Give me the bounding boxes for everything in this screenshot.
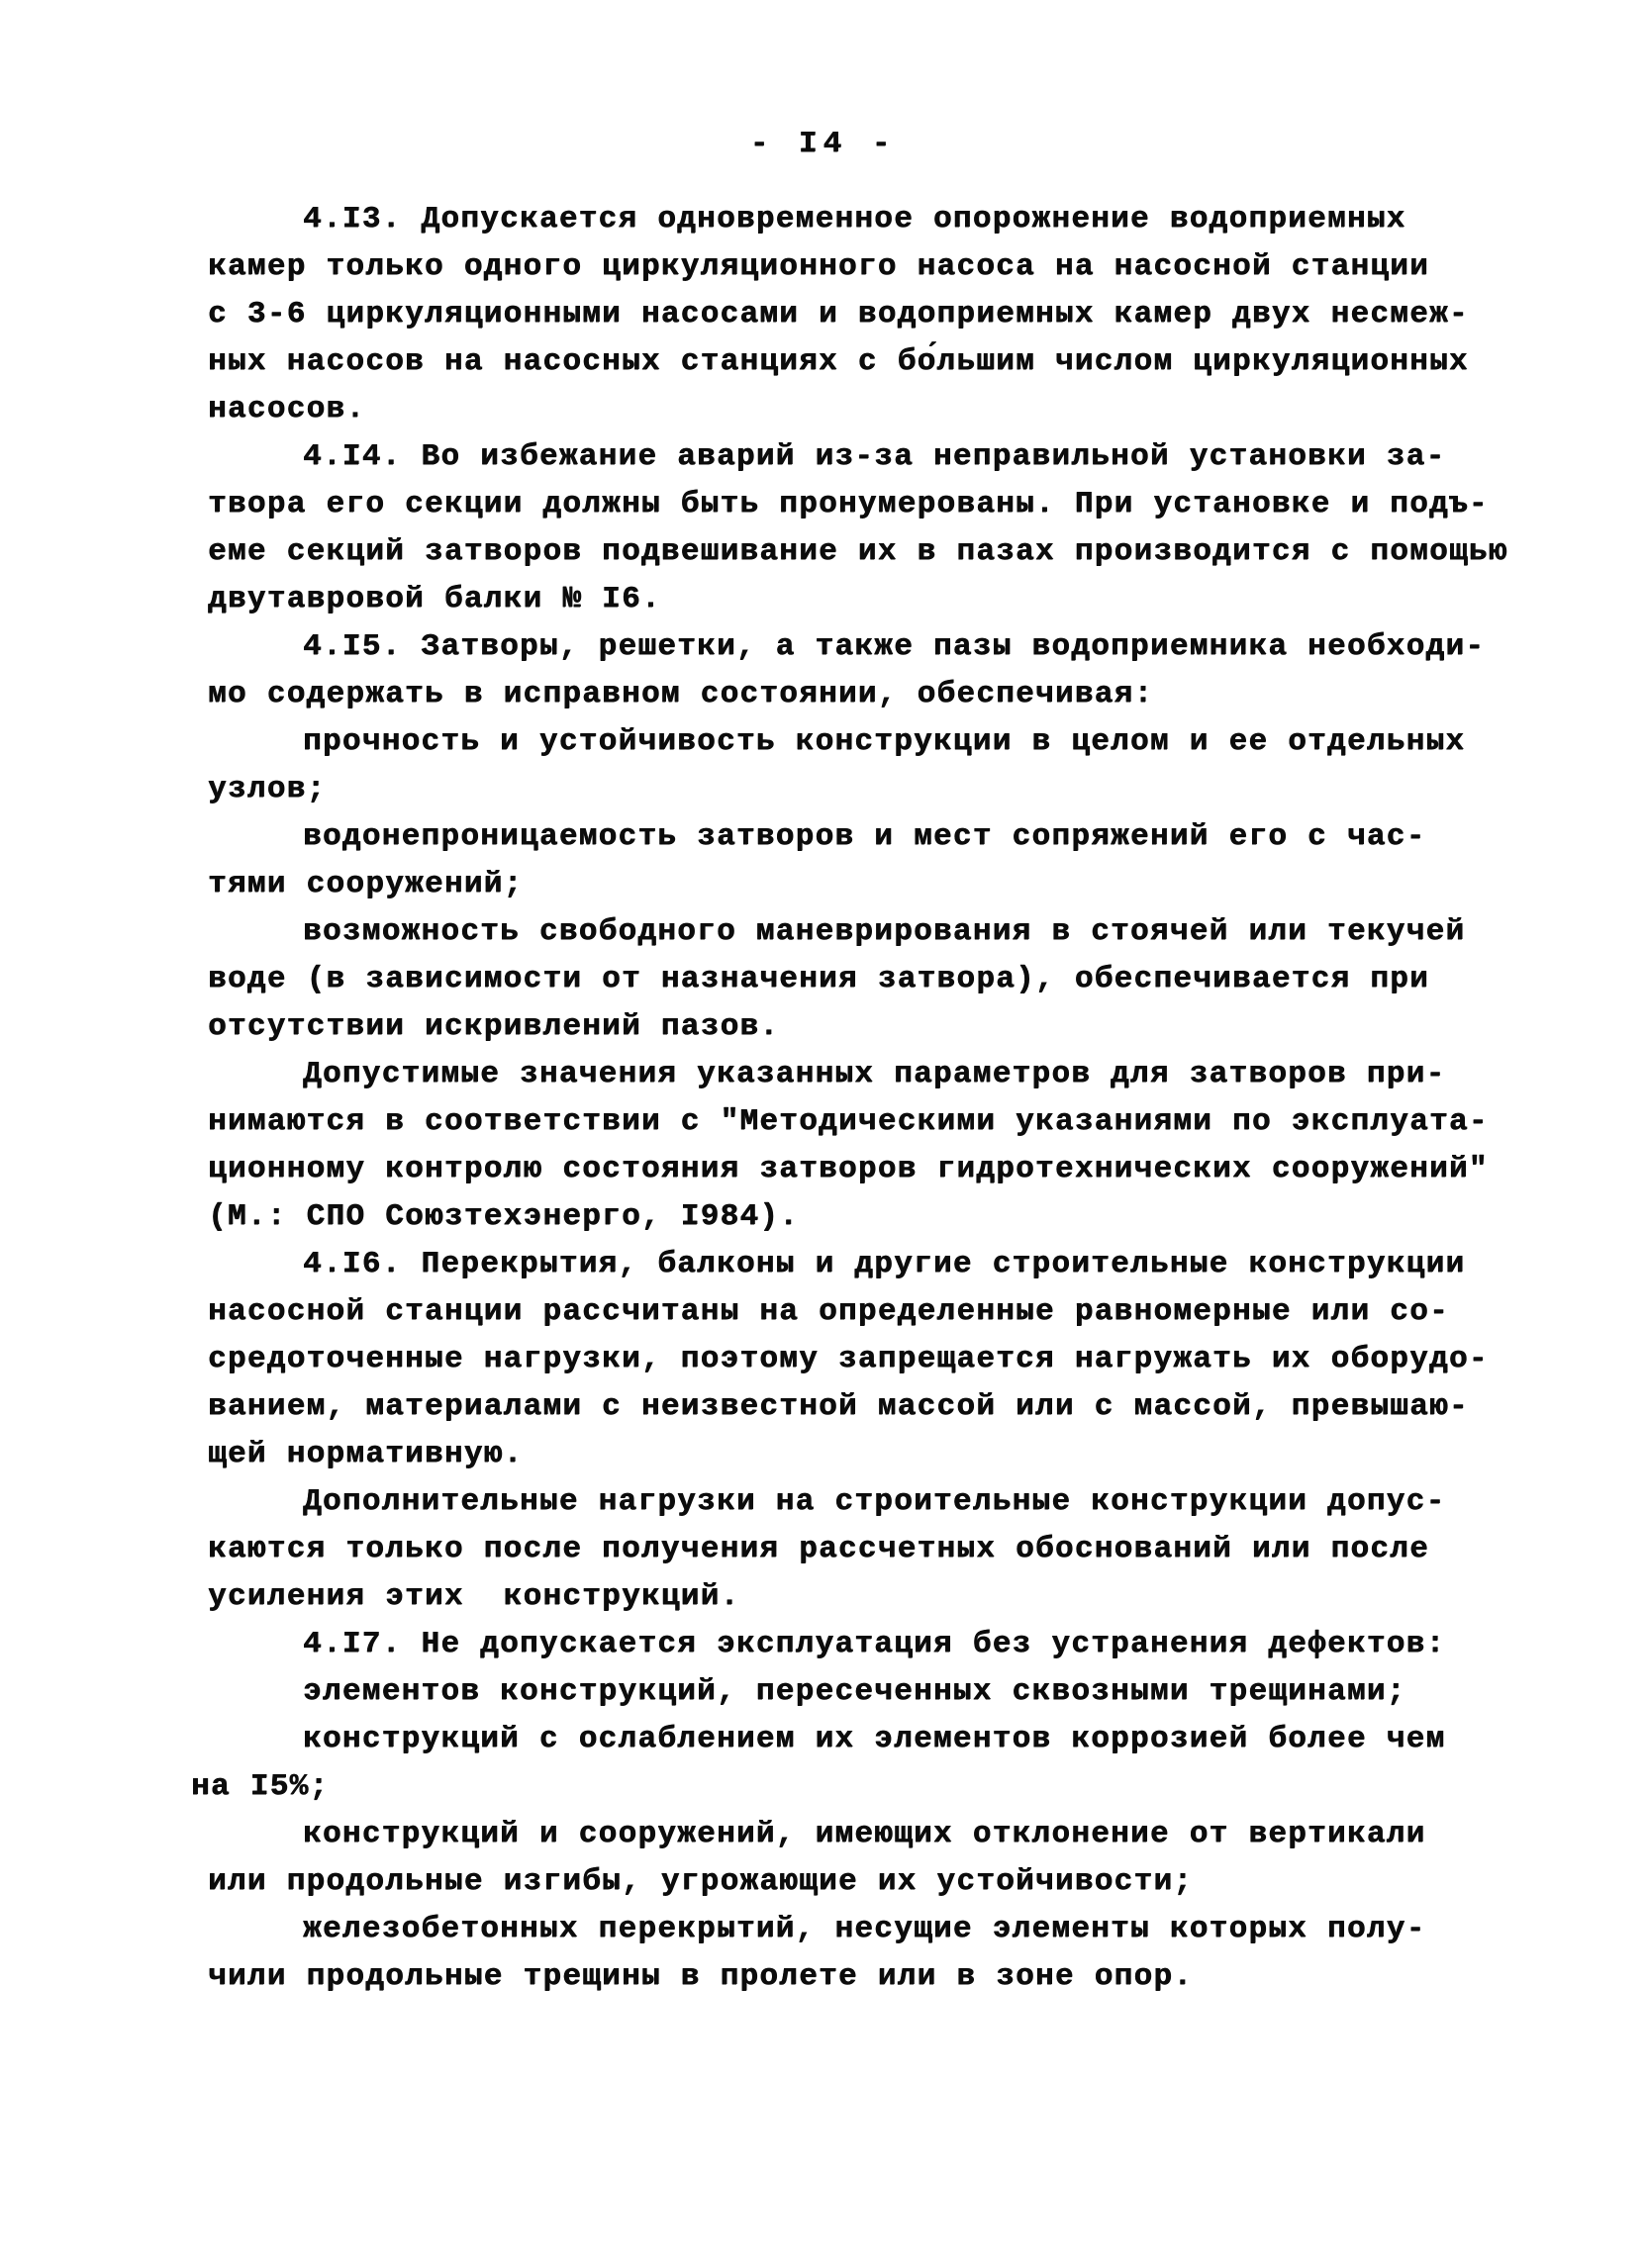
text-line: Допустимые значения указанных параметров… xyxy=(208,1051,1574,1098)
text-line: Дополнительные нагрузки на строительные … xyxy=(208,1478,1574,1526)
text-line: еме секций затворов подвешивание их в па… xyxy=(208,528,1574,576)
text-line: насосной станции рассчитаны на определен… xyxy=(208,1288,1574,1336)
text-line: двутавровой балки № I6. xyxy=(208,576,1574,623)
text-line: чили продольные трещины в пролете или в … xyxy=(208,1953,1574,2001)
text-line: железобетонных перекрытий, несущие элеме… xyxy=(208,1906,1574,1953)
text-line: твора его секции должны быть пронумерова… xyxy=(208,481,1574,528)
text-line: узлов; xyxy=(208,766,1574,813)
text-line: усиления этих конструкций. xyxy=(208,1573,1574,1621)
text-line: 4.I3. Допускается одновременное опорожне… xyxy=(208,196,1574,243)
text-line: 4.I6. Перекрытия, балконы и другие строи… xyxy=(208,1241,1574,1288)
text-line: 4.I5. Затворы, решетки, а также пазы вод… xyxy=(208,623,1574,671)
text-line: камер только одного циркуляционного насо… xyxy=(208,243,1574,291)
text-line: водонепроницаемость затворов и мест сопр… xyxy=(208,813,1574,861)
text-line: каются только после получения рассчетных… xyxy=(208,1526,1574,1573)
text-line: с 3-6 циркуляционными насосами и водопри… xyxy=(208,291,1574,338)
document-page: - I4 - 4.I3. Допускается одновременное о… xyxy=(0,0,1646,2268)
text-line: 4.I7. Не допускается эксплуатация без ус… xyxy=(208,1621,1574,1668)
text-line: ванием, материалами с неизвестной массой… xyxy=(208,1383,1574,1431)
text-line: ционному контролю состояния затворов гид… xyxy=(208,1146,1574,1193)
text-line: воде (в зависимости от назначения затвор… xyxy=(208,956,1574,1003)
text-line: элементов конструкций, пересеченных скво… xyxy=(208,1668,1574,1716)
text-line: на I5%; xyxy=(191,1763,1574,1811)
text-line: нимаются в соответствии с "Методическими… xyxy=(208,1098,1574,1146)
text-line: средоточенные нагрузки, поэтому запрещае… xyxy=(208,1336,1574,1383)
text-line: тями сооружений; xyxy=(208,861,1574,908)
text-line: (М.: СПО Союзтехэнерго, I984). xyxy=(208,1193,1574,1241)
text-line: щей нормативную. xyxy=(208,1431,1574,1478)
text-line: конструкций с ослаблением их элементов к… xyxy=(208,1716,1574,1763)
text-line: насосов. xyxy=(208,386,1574,433)
text-line: конструкций и сооружений, имеющих отклон… xyxy=(208,1811,1574,1858)
text-line: прочность и устойчивость конструкции в ц… xyxy=(208,718,1574,766)
page-number: - I4 - xyxy=(0,127,1646,161)
text-line: возможность свободного маневрирования в … xyxy=(208,908,1574,956)
text-line: или продольные изгибы, угрожающие их уст… xyxy=(208,1858,1574,1906)
text-line: 4.I4. Во избежание аварий из-за неправил… xyxy=(208,433,1574,481)
text-line: мо содержать в исправном состоянии, обес… xyxy=(208,671,1574,718)
text-line: отсутствии искривлений пазов. xyxy=(208,1003,1574,1051)
text-line: ных насосов на насосных станциях с бо́ль… xyxy=(208,338,1574,386)
document-body: 4.I3. Допускается одновременное опорожне… xyxy=(208,196,1574,2001)
